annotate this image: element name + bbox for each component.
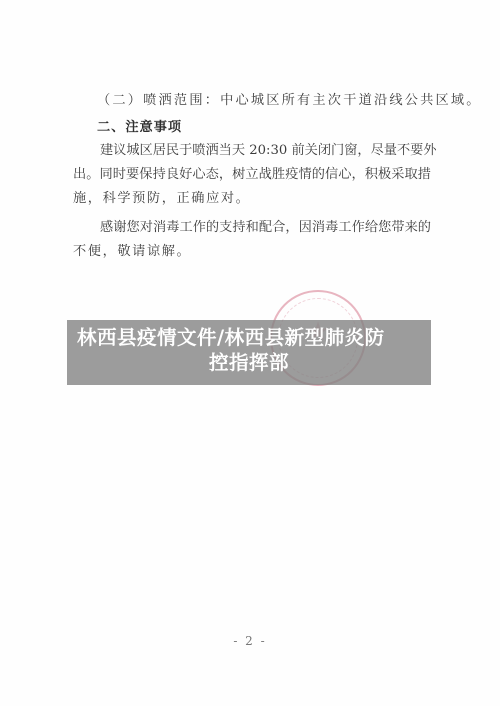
banner-title-line-1: 林西县疫情文件/林西县新型肺炎防	[77, 326, 421, 350]
paragraph-2-line-2: 不便，敬请谅解。	[73, 244, 431, 260]
paragraph-2-line-1: 感谢您对消毒工作的支持和配合，因消毒工作给您带来的	[100, 220, 431, 236]
paragraph-1-line-3: 施，科学预防，正确应对。	[73, 191, 431, 207]
spray-scope-line: （二）喷洒范围：中心城区所有主次干道沿线公共区域。	[97, 93, 431, 109]
section-heading-notes: 二、注意事项	[97, 116, 182, 135]
paragraph-1-line-2: 出。同时要保持良好心态，树立战胜疫情的信心，积极采取措	[73, 167, 431, 183]
paragraph-1-line-1: 建议城区居民于喷洒当天 20:30 前关闭门窗，尽量不要外	[100, 143, 431, 159]
title-overlay-banner: 林西县疫情文件/林西县新型肺炎防 控指挥部	[67, 320, 431, 385]
page-number: - 2 -	[0, 634, 500, 648]
document-page: （二）喷洒范围：中心城区所有主次干道沿线公共区域。 二、注意事项 建议城区居民于…	[0, 0, 500, 706]
banner-title-line-2: 控指挥部	[77, 351, 421, 375]
